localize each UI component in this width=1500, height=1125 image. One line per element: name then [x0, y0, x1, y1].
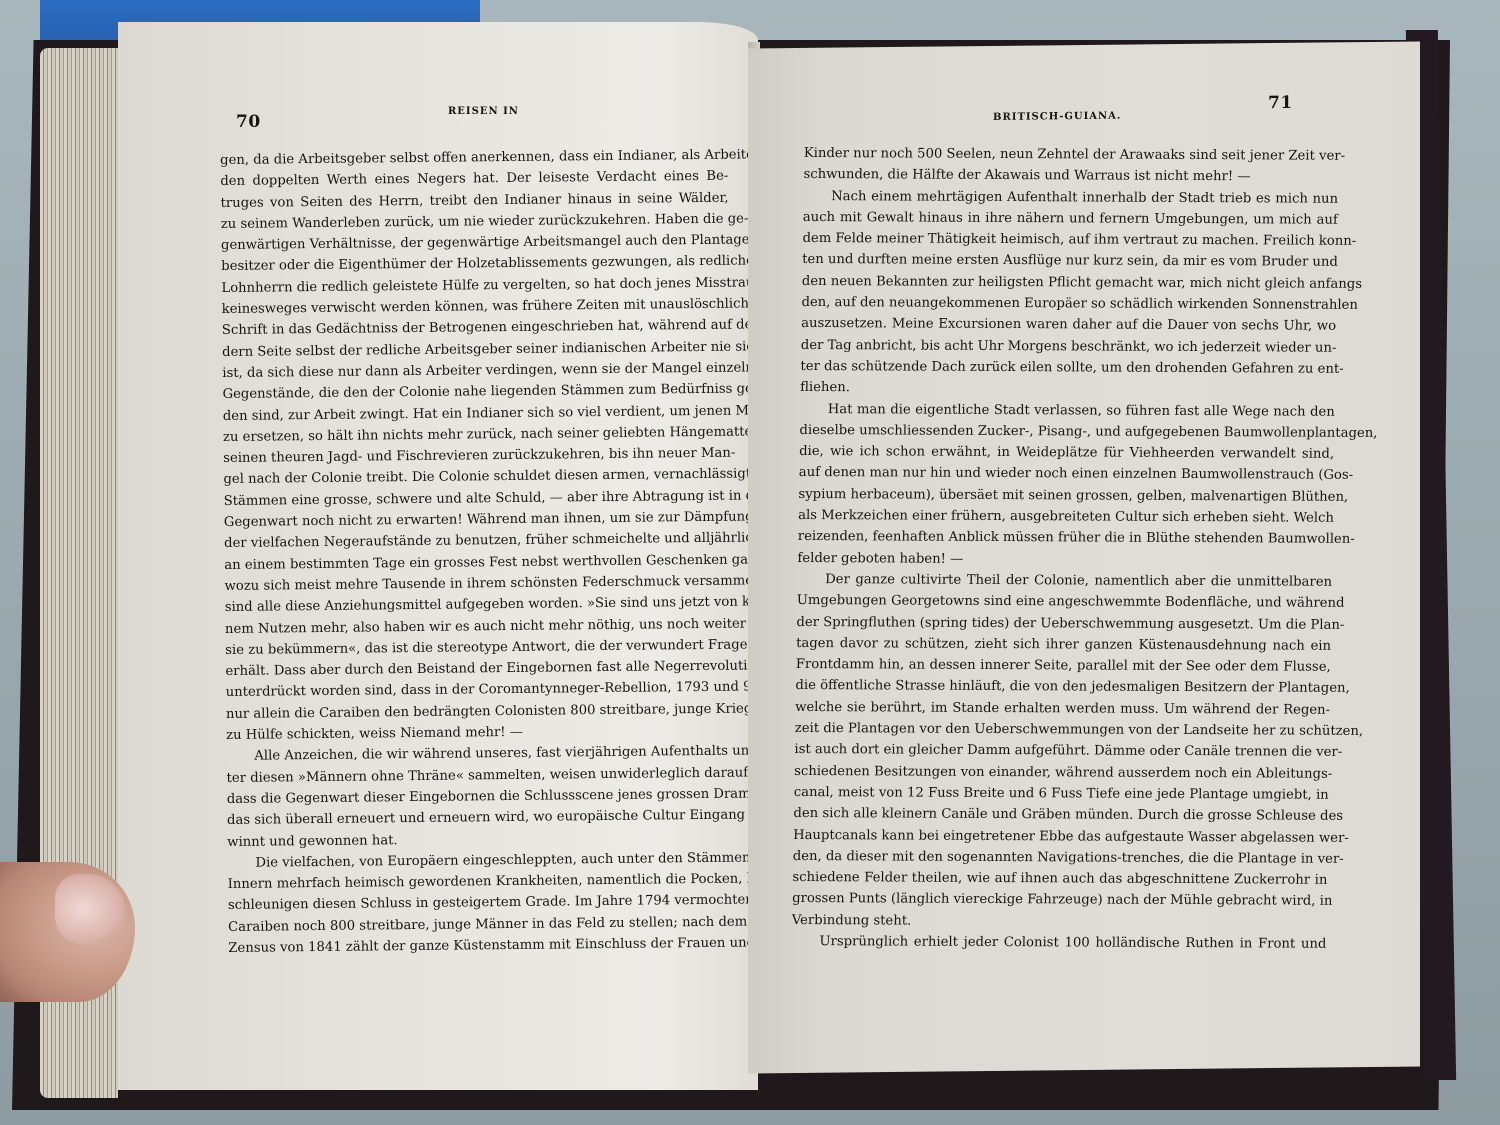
right-page: BRITISCH-GUIANA. 71 Kinder nur noch 500 …: [748, 41, 1420, 1073]
text-line: welche sie berührt, im Stande erhalten w…: [795, 697, 1330, 721]
text-line: Verbindung steht.: [792, 910, 1327, 934]
text-line: der Springfluthen (spring tides) der Ueb…: [796, 611, 1331, 635]
text-line: felder geboten haben! —: [797, 548, 1332, 572]
text-line: sypium herbaceum), übersäet mit seinen g…: [798, 484, 1333, 508]
text-line: schwunden, die Hälfte der Akawais und Wa…: [803, 164, 1338, 188]
left-page: 70 REISEN IN gen, da die Arbeitsgeber se…: [118, 22, 758, 1090]
running-head-right: BRITISCH-GUIANA.: [993, 111, 1121, 123]
text-line: der Tag anbricht, bis acht Uhr Morgens b…: [801, 335, 1336, 359]
text-line: die, wie ich schon erwähnt, in Weideplät…: [799, 441, 1334, 465]
thumbnail: [55, 874, 125, 944]
text-line: die öffentliche Strasse hinläuft, die vo…: [795, 675, 1330, 699]
text-line: Kinder nur noch 500 Seelen, neun Zehntel…: [804, 143, 1339, 167]
text-line: zeit die Plantagen vor den Ueberschwemmu…: [795, 718, 1330, 742]
text-line: Frontdamm hin, an dessen innerer Seite, …: [796, 654, 1331, 678]
text-line: ist auch dort ein gleicher Damm aufgefüh…: [794, 739, 1329, 763]
text-line: den neuen Bekannten zur heiligsten Pflic…: [802, 271, 1337, 295]
right-page-text: Kinder nur noch 500 Seelen, neun Zehntel…: [791, 143, 1339, 955]
text-line: Hat man die eigentliche Stadt verlassen,…: [800, 399, 1335, 423]
text-line: den, da dieser mit den sogenannten Navig…: [793, 846, 1328, 870]
thumb-holding-page: [0, 862, 135, 1002]
text-line: Der ganze cultivirte Theil der Colonie, …: [797, 569, 1332, 593]
text-line: auch mit Gewalt hinaus in ihre nähern un…: [803, 207, 1338, 231]
text-line: canal, meist von 12 Fuss Breite und 6 Fu…: [794, 782, 1329, 806]
text-line: den, auf den neuangekommenen Europäer so…: [801, 292, 1336, 316]
text-line: Umgebungen Georgetowns sind eine angesch…: [797, 590, 1332, 614]
running-head-left: REISEN IN: [448, 106, 519, 117]
text-line: den sich alle kleinern Canäle und Gräben…: [793, 803, 1328, 827]
text-line: fliehen.: [800, 377, 1335, 401]
page-number-left: 70: [236, 112, 261, 132]
text-line: schiedenen Besitzungen von einander, wäh…: [794, 761, 1329, 785]
text-line: grossen Punts (länglich viereckige Fahrz…: [792, 888, 1327, 912]
left-page-text: gen, da die Arbeitsgeber selbst offen an…: [220, 145, 736, 960]
text-line: ter das schützende Dach zurück eilen sol…: [800, 356, 1335, 380]
text-line: reizenden, feenhaften Anblick müssen frü…: [798, 526, 1333, 550]
text-line: auszusetzen. Meine Excursionen waren dah…: [801, 313, 1336, 337]
text-line: tagen davor zu schützen, zieht sich ihre…: [796, 633, 1331, 657]
text-line: Nach einem mehrtägigen Aufenthalt innerh…: [803, 186, 1338, 210]
text-line: dieselbe umschliessenden Zucker-, Pisang…: [799, 420, 1334, 444]
text-line: ten und durften meine ersten Ausflüge nu…: [802, 249, 1337, 273]
text-line: dem Felde meiner Thätigkeit heimisch, au…: [802, 228, 1337, 252]
text-line: Hauptcanals kann bei eingetretener Ebbe …: [793, 824, 1328, 848]
text-line: als Merkzeichen einer frühern, ausgebrei…: [798, 505, 1333, 529]
text-line: schiedene Felder theilen, wie auf ihnen …: [792, 867, 1327, 891]
page-number-right: 71: [1268, 93, 1293, 113]
text-line: Zensus von 1841 zählt der ganze Küstenst…: [228, 933, 736, 960]
text-line: auf denen man nur hin und wieder noch ei…: [799, 462, 1334, 486]
text-line: Ursprünglich erhielt jeder Colonist 100 …: [791, 931, 1326, 955]
